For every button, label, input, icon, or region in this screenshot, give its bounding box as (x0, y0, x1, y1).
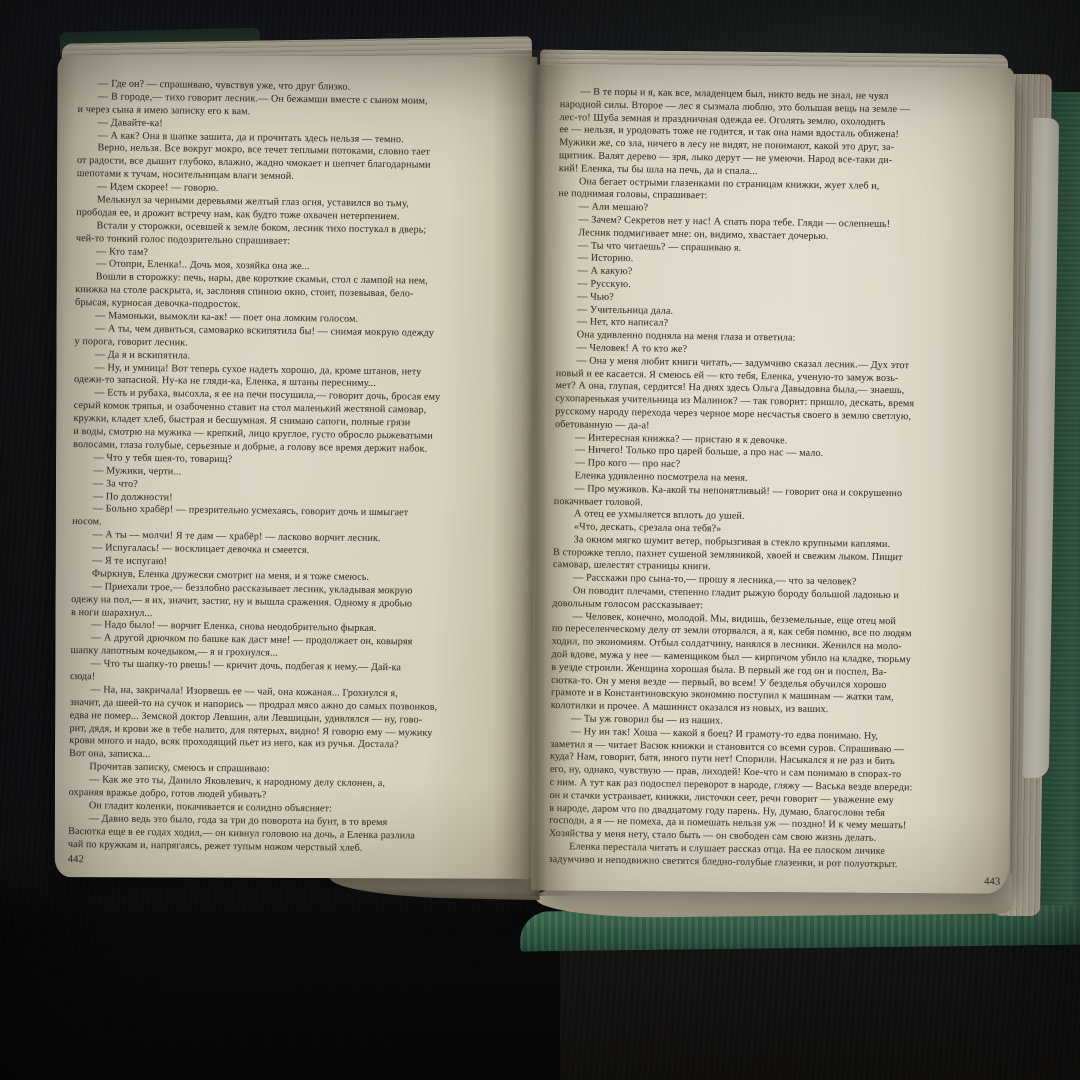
left-page-lines: — Где он? — спрашиваю, чувствуя уже, что… (68, 78, 530, 857)
right-page-text: — В те поры и я, как все, младенцем был,… (548, 86, 1012, 889)
right-page-lines: — В те поры и я, как все, младенцем был,… (548, 86, 1012, 873)
photo-of-open-book: — Где он? — спрашиваю, чувствуя уже, что… (0, 0, 1080, 1080)
left-page-text: — Где он? — спрашиваю, чувствуя уже, что… (68, 78, 530, 873)
